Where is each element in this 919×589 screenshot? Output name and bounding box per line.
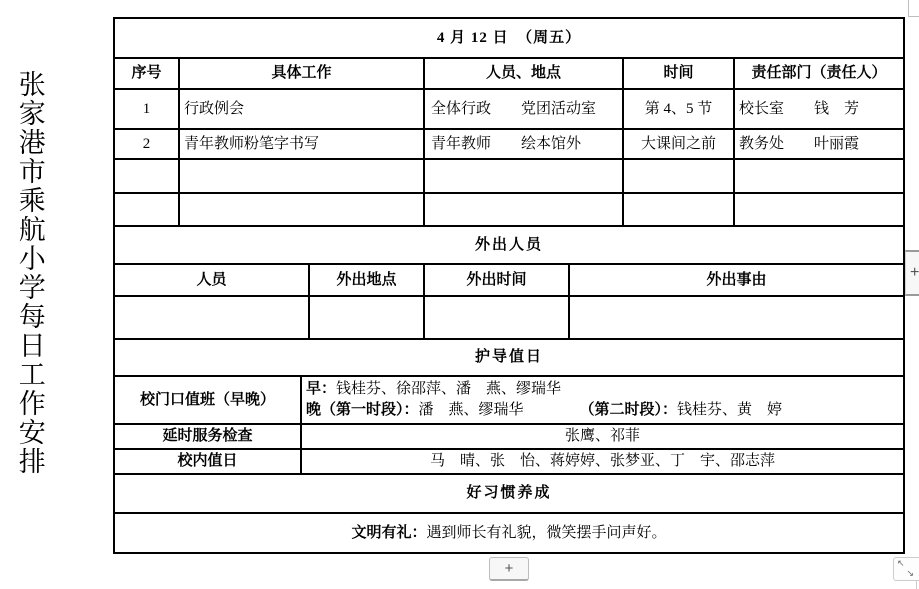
cell-people-place[interactable]: 全体行政 党团活动室 — [424, 89, 623, 129]
cell-dept[interactable]: 教务处 叶丽霞 — [734, 129, 904, 159]
resize-arrow-nw-icon: ↖ — [897, 559, 905, 569]
duty-delay-row: 延时服务检查 张鹰、祁菲 — [114, 424, 904, 449]
outing-header-time[interactable]: 外出时间 — [424, 264, 569, 296]
cell-time[interactable]: 第 4、5 节 — [623, 89, 734, 129]
date-title[interactable]: 4 月 12 日 （周五） — [114, 18, 904, 58]
header-no[interactable]: 序号 — [114, 58, 179, 89]
work-row — [114, 159, 904, 193]
outing-header-reason[interactable]: 外出事由 — [569, 264, 904, 296]
header-dept[interactable]: 责任部门（责任人） — [734, 58, 904, 89]
cell-dept[interactable]: 校长室 钱 芳 — [734, 89, 904, 129]
outing-header-person[interactable]: 人员 — [114, 264, 309, 296]
header-work[interactable]: 具体工作 — [179, 58, 424, 89]
right-edge-line — [916, 580, 917, 589]
add-row-button[interactable]: + — [489, 557, 529, 581]
header-time[interactable]: 时间 — [623, 58, 734, 89]
cell-time[interactable] — [623, 193, 734, 226]
habit-row: 文明有礼：遇到师长有礼貌，微笑摆手问声好。 — [114, 513, 904, 553]
cell-no[interactable]: 1 — [114, 89, 179, 129]
cell-time[interactable]: 大课间之前 — [623, 129, 734, 159]
duty-gate-line1: 早：钱桂芬、徐邵萍、潘 燕、缪瑞华 — [306, 379, 899, 400]
add-column-button[interactable]: + — [905, 250, 919, 296]
section-title-outing[interactable]: 外出人员 — [114, 226, 904, 264]
vertical-page-title: 张家港市乘航小学每日工作安排 — [14, 70, 44, 500]
outing-cell-time[interactable] — [424, 296, 569, 339]
outing-cell-person[interactable] — [114, 296, 309, 339]
duty-campus-content[interactable]: 马 晴、张 怡、蒋婷婷、张梦亚、丁 宇、邵志萍 — [301, 449, 904, 474]
table-resize-handle[interactable]: ↖ ↘ — [893, 557, 919, 581]
resize-arrow-se-icon: ↘ — [906, 569, 914, 579]
cell-work[interactable]: 青年教师粉笔字书写 — [179, 129, 424, 159]
cell-work[interactable]: 行政例会 — [179, 89, 424, 129]
cell-no[interactable] — [114, 193, 179, 226]
cell-people-place[interactable]: 青年教师 绘本馆外 — [424, 129, 623, 159]
outing-cell-reason[interactable] — [569, 296, 904, 339]
section-title-duty[interactable]: 护导值日 — [114, 339, 904, 376]
daily-schedule-table: 4 月 12 日 （周五） 序号 具体工作 人员、地点 时间 责任部门（责任人）… — [113, 17, 905, 554]
duty-delay-content[interactable]: 张鹰、祁菲 — [301, 424, 904, 449]
cell-time[interactable] — [623, 159, 734, 193]
work-row: 1 行政例会 全体行政 党团活动室 第 4、5 节 校长室 钱 芳 — [114, 89, 904, 129]
cell-work[interactable] — [179, 159, 424, 193]
section-title-habit[interactable]: 好习惯养成 — [114, 474, 904, 513]
cell-people-place[interactable] — [424, 159, 623, 193]
cell-dept[interactable] — [734, 193, 904, 226]
plus-icon: + — [505, 560, 514, 577]
plus-icon: + — [910, 264, 919, 282]
cell-no[interactable]: 2 — [114, 129, 179, 159]
outing-header-place[interactable]: 外出地点 — [309, 264, 424, 296]
duty-delay-label[interactable]: 延时服务检查 — [114, 424, 301, 449]
cell-no[interactable] — [114, 159, 179, 193]
cell-dept[interactable] — [734, 159, 904, 193]
duty-campus-row: 校内值日 马 晴、张 怡、蒋婷婷、张梦亚、丁 宇、邵志萍 — [114, 449, 904, 474]
duty-gate-row: 校门口值班（早晚） 早：钱桂芬、徐邵萍、潘 燕、缪瑞华 晚（第一时段）：潘 燕、… — [114, 376, 904, 424]
duty-campus-label[interactable]: 校内值日 — [114, 449, 301, 474]
work-row — [114, 193, 904, 226]
outing-cell-place[interactable] — [309, 296, 424, 339]
duty-gate-label[interactable]: 校门口值班（早晚） — [114, 376, 301, 424]
page-corner-marker — [908, 0, 919, 17]
habit-content[interactable]: 文明有礼：遇到师长有礼貌，微笑摆手问声好。 — [114, 513, 904, 553]
outing-row — [114, 296, 904, 339]
cell-people-place[interactable] — [424, 193, 623, 226]
header-people-place[interactable]: 人员、地点 — [424, 58, 623, 89]
duty-gate-content[interactable]: 早：钱桂芬、徐邵萍、潘 燕、缪瑞华 晚（第一时段）：潘 燕、缪瑞华（第二时段）：… — [301, 376, 904, 424]
duty-gate-line2: 晚（第一时段）：潘 燕、缪瑞华（第二时段）：钱桂芬、黄 婷 — [306, 400, 899, 421]
cell-work[interactable] — [179, 193, 424, 226]
work-row: 2 青年教师粉笔字书写 青年教师 绘本馆外 大课间之前 教务处 叶丽霞 — [114, 129, 904, 159]
